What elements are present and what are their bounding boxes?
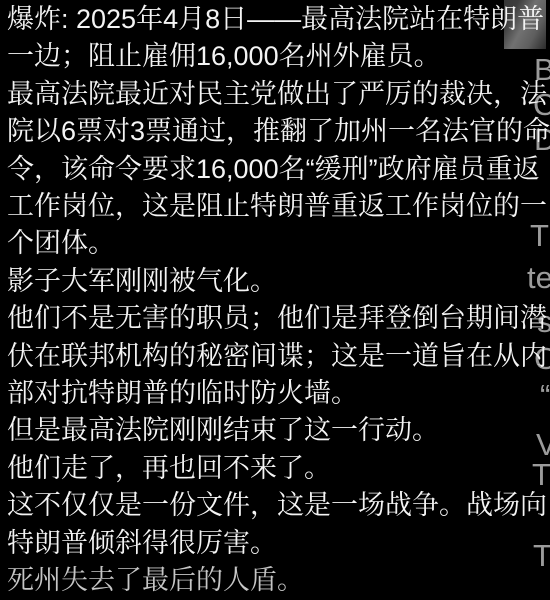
subtitle-line: 他们不是无害的职员；他们是拜登倒台期间潜 — [7, 300, 550, 337]
subtitle-line: 伏在联邦机构的秘密间谍；这是一道旨在从内 — [7, 338, 550, 375]
subtitle-line: 部对抗特朗普的临时防火墙。 — [7, 375, 550, 412]
subtitle-line: 个团体。 — [7, 225, 550, 262]
subtitle-text-block: 爆炸: 2025年4月8日——最高法院站在特朗普一边；阻止雇佣16,000名州外… — [7, 0, 550, 600]
subtitle-line: 一边；阻止雇佣16,000名州外雇员。 — [7, 38, 550, 75]
subtitle-line: 特朗普倾斜得很厉害。 — [7, 525, 550, 562]
subtitle-line: 工作岗位，这是阻止特朗普重返工作岗位的一 — [7, 188, 550, 225]
subtitle-line: 死州失去了最后的人盾。 — [7, 562, 550, 599]
subtitle-line: 影子大军刚刚被气化。 — [7, 263, 550, 300]
subtitle-line: 爆炸: 2025年4月8日——最高法院站在特朗普 — [7, 1, 550, 38]
subtitle-line: 最高法院最近对民主党做出了严厉的裁决，法 — [7, 76, 550, 113]
subtitle-line: 他们走了，再也回不来了。 — [7, 450, 550, 487]
subtitle-line: 但是最高法院刚刚结束了这一行动。 — [7, 412, 550, 449]
subtitle-line: 令，该命令要求16,000名“缓刑”政府雇员重返 — [7, 151, 550, 188]
subtitle-line: 院以6票对3票通过，推翻了加州一名法官的命 — [7, 113, 550, 150]
screenshot-root: BCDTtesC“VTT 爆炸: 2025年4月8日——最高法院站在特朗普一边；… — [0, 0, 550, 600]
subtitle-line: 这不仅仅是一份文件，这是一场战争。战场向 — [7, 487, 550, 524]
